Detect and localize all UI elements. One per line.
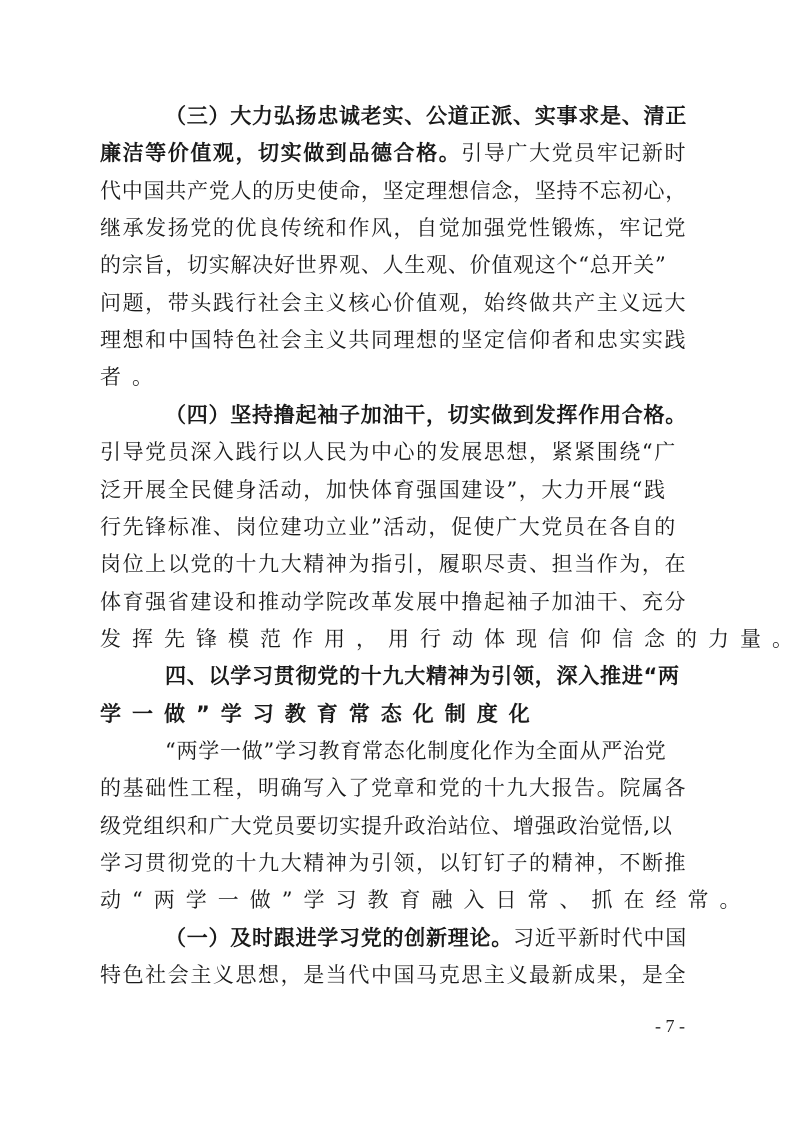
- body-text-segment: 动“两学一做”学习教育融入日常、抓在经常。: [100, 888, 751, 912]
- text-line: 廉洁等价值观，切实做到品德合格。引导广大党员牢记新时: [100, 135, 687, 172]
- text-line: 问题，带头践行社会主义核心价值观，始终做共产主义远大: [100, 285, 687, 322]
- body-text-segment: 问题，带头践行社会主义核心价值观，始终做共产主义远大: [100, 291, 687, 315]
- text-line: 四、以学习贯彻党的十九大精神为引领，深入推进“两: [165, 658, 687, 695]
- body-text-segment: 引导党员深入践行以人民为中心的发展思想，紧紧围绕“广: [100, 440, 677, 464]
- text-line: 者。: [100, 359, 687, 396]
- body-text-segment: 特色社会主义思想，是当代中国马克思主义最新成果，是全: [100, 963, 687, 987]
- bold-heading-text: （三）大力弘扬忠诚老实、公道正派、实事求是、清正: [165, 104, 687, 128]
- text-line: 学一做”学习教育常态化制度化: [100, 696, 687, 733]
- body-text-segment: 发挥先锋模范作用，用行动体现信仰信念的力量。: [100, 627, 793, 651]
- text-line: 行先锋标准、岗位建功立业”活动，促使广大党员在各自的: [100, 509, 687, 546]
- text-line: 体育强省建设和推动学院改革发展中撸起袖子加油干、充分: [100, 584, 687, 621]
- text-line: 的宗旨，切实解决好世界观、人生观、价值观这个“总开关”: [100, 247, 687, 284]
- page-number: - 7 -: [640, 1016, 700, 1037]
- body-text-segment: 泛开展全民健身活动，加快体育强国建设”，大力开展“践: [100, 478, 667, 502]
- text-line: （一）及时跟进学习党的创新理论。习近平新时代中国: [165, 920, 687, 957]
- text-line: （四）坚持撸起袖子加油干，切实做到发挥作用合格。: [165, 397, 687, 434]
- body-text-segment: 者。: [100, 365, 164, 389]
- text-line: 发挥先锋模范作用，用行动体现信仰信念的力量。: [100, 621, 687, 658]
- document-page: （三）大力弘扬忠诚老实、公道正派、实事求是、清正廉洁等价值观，切实做到品德合格。…: [0, 0, 793, 1122]
- body-text-segment: 级党组织和广大党员要切实提升政治站位、增强政治觉悟,以: [100, 814, 673, 838]
- bold-heading-text: 四、以学习贯彻党的十九大精神为引领，深入推进“两: [165, 664, 680, 688]
- body-text-segment: 代中国共产党人的历史使命，坚定理想信念，坚持不忘初心，: [100, 179, 687, 203]
- body-text-segment: 理想和中国特色社会主义共同理想的坚定信仰者和忠实实践: [100, 328, 687, 352]
- text-line: 学习贯彻党的十九大精神为引领，以钉钉子的精神，不断推: [100, 845, 687, 882]
- text-line: 动“两学一做”学习教育融入日常、抓在经常。: [100, 882, 687, 919]
- bold-heading-text: （一）及时跟进学习党的创新理论。: [165, 926, 513, 950]
- text-line: 特色社会主义思想，是当代中国马克思主义最新成果，是全: [100, 957, 687, 994]
- bold-heading-text: 学一做”学习教育常态化制度化: [100, 702, 541, 726]
- body-text-segment: 的基础性工程，明确写入了党章和党的十九大报告。院属各: [100, 776, 687, 800]
- body-text-segment: 引导广大党员牢记新时: [461, 141, 687, 165]
- text-line: 理想和中国特色社会主义共同理想的坚定信仰者和忠实实践: [100, 322, 687, 359]
- text-line: “两学一做”学习教育常态化制度化作为全面从严治党: [165, 733, 687, 770]
- text-line: 级党组织和广大党员要切实提升政治站位、增强政治觉悟,以: [100, 808, 687, 845]
- text-line: 的基础性工程，明确写入了党章和党的十九大报告。院属各: [100, 770, 687, 807]
- text-line: 岗位上以党的十九大精神为指引，履职尽责、担当作为，在: [100, 546, 687, 583]
- body-text-segment: 行先锋标准、岗位建功立业”活动，促使广大党员在各自的: [100, 515, 677, 539]
- text-line: 代中国共产党人的历史使命，坚定理想信念，坚持不忘初心，: [100, 173, 687, 210]
- text-line: 引导党员深入践行以人民为中心的发展思想，紧紧围绕“广: [100, 434, 687, 471]
- text-line: 泛开展全民健身活动，加快体育强国建设”，大力开展“践: [100, 472, 687, 509]
- body-text-segment: “两学一做”学习教育常态化制度化作为全面从严治党: [165, 739, 666, 763]
- body-text-segment: 体育强省建设和推动学院改革发展中撸起袖子加油干、充分: [100, 590, 687, 614]
- body-text-segment: 岗位上以党的十九大精神为指引，履职尽责、担当作为，在: [100, 552, 687, 576]
- body-text-segment: 学习贯彻党的十九大精神为引领，以钉钉子的精神，不断推: [100, 851, 687, 875]
- bold-heading-text: 廉洁等价值观，切实做到品德合格。: [100, 141, 461, 165]
- text-line: （三）大力弘扬忠诚老实、公道正派、实事求是、清正: [165, 98, 687, 135]
- body-text-segment: 习近平新时代中国: [513, 926, 687, 950]
- text-line: 继承发扬党的优良传统和作风，自觉加强党性锻炼，牢记党: [100, 210, 687, 247]
- bold-heading-text: （四）坚持撸起袖子加油干，切实做到发挥作用合格。: [165, 403, 687, 427]
- body-text-segment: 继承发扬党的优良传统和作风，自觉加强党性锻炼，牢记党: [100, 216, 687, 240]
- body-text-segment: 的宗旨，切实解决好世界观、人生观、价值观这个“总开关”: [100, 253, 666, 277]
